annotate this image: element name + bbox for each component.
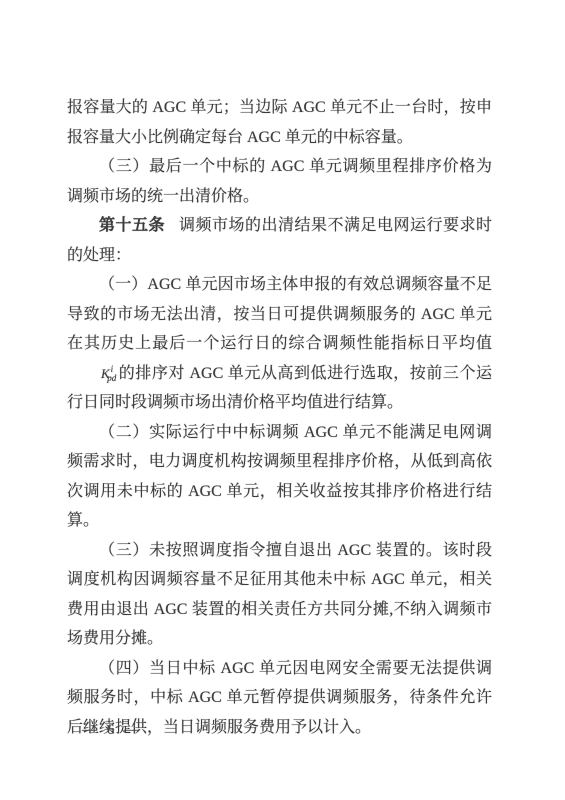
paragraph-item-1-insufficient-capacity: （一）AGC 单元因市场主体申报的有效总调频容量不足导致的市场无法出清，按当日可… (67, 270, 492, 418)
formula-subscript: pd (107, 373, 116, 383)
document-page: 报容量大的 AGC 单元；当边际 AGC 单元不止一台时，按申报容量大小比例确定… (0, 0, 565, 800)
paragraph-continuation: 报容量大的 AGC 单元；当边际 AGC 单元不止一台时，按申报容量大小比例确定… (67, 93, 492, 152)
paragraph-item-3-unauthorized-exit: （三）未按照调度指令擅自退出 AGC 装置的。该时段调度机构因调频容量不足征用其… (67, 536, 492, 654)
paragraph-article-15: 第十五条调频市场的出清结果不满足电网运行要求时的处理： (67, 211, 492, 270)
paragraph-item-3-clearing-price: （三）最后一个中标的 AGC 单元调频里程排序价格为调频市场的统一出清价格。 (67, 152, 492, 211)
paragraph-item-2-actual-operation: （二）实际运行中中标调频 AGC 单元不能满足电网调频需求时，电力调度机构按调频… (67, 418, 492, 536)
item-1-text-after-formula: 的排序对 AGC 单元从高到低进行选取，按前三个运行日同时段调频市场出清价格平均… (67, 365, 492, 412)
item-1-text-before-formula: （一）AGC 单元因市场主体申报的有效总调频容量不足导致的市场无法出清，按当日可… (67, 276, 492, 352)
article-number: 第十五条 (99, 217, 165, 234)
document-body: 报容量大的 AGC 单元；当边际 AGC 单元不止一台时，按申报容量大小比例确定… (67, 93, 492, 742)
page-number: — 6 — (82, 722, 142, 739)
formula-k-index: Kipd (69, 367, 116, 380)
